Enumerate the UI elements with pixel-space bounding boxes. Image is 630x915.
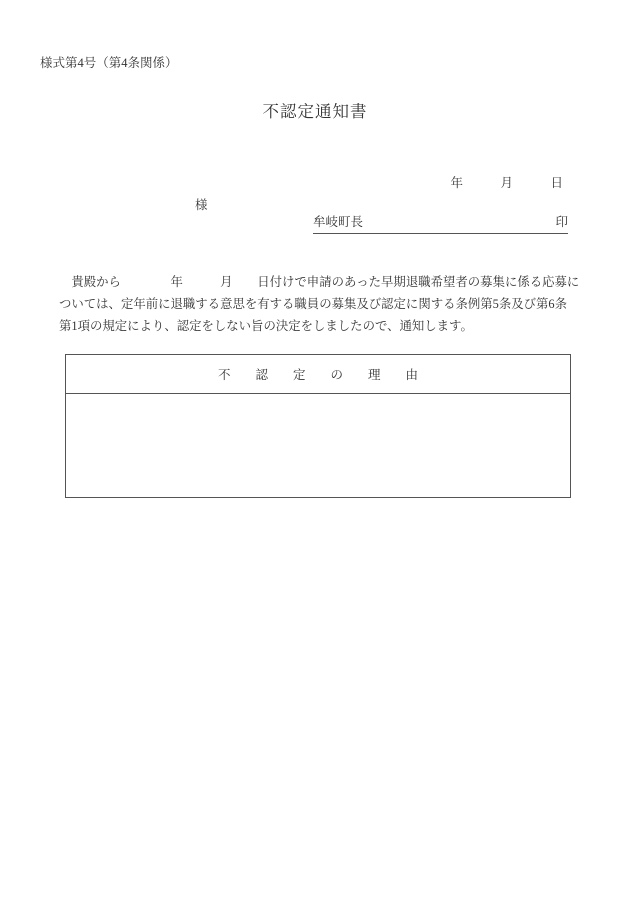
body-line: 貴殿から 年 月 日付けで申請のあった早期退職希望者の募集に係る応募に (59, 271, 575, 293)
document-title: 不認定通知書 (0, 98, 630, 122)
sender-signature-line: 牟岐町長 印 (313, 212, 568, 234)
body-line: 第1項の規定により、認定をしない旨の決定をしましたので、通知します。 (59, 315, 575, 337)
form-number: 様式第4号（第4条関係） (40, 53, 178, 71)
body-line: ついては、定年前に退職する意思を有する職員の募集及び認定に関する条例第5条及び第… (59, 293, 575, 315)
reason-table-header: 不 認 定 の 理 由 (66, 355, 570, 394)
issue-date-line: 年 月 日 (450, 173, 563, 191)
sender-title: 牟岐町長 (313, 212, 363, 230)
document-page: 様式第4号（第4条関係） 不認定通知書 年 月 日 様 牟岐町長 印 貴殿から … (0, 0, 630, 915)
addressee-honorific: 様 (195, 195, 208, 213)
body-paragraph: 貴殿から 年 月 日付けで申請のあった早期退職希望者の募集に係る応募に ついては… (59, 271, 575, 337)
seal-label: 印 (555, 212, 568, 230)
reason-table-body (66, 394, 570, 497)
reason-table: 不 認 定 の 理 由 (65, 354, 571, 498)
